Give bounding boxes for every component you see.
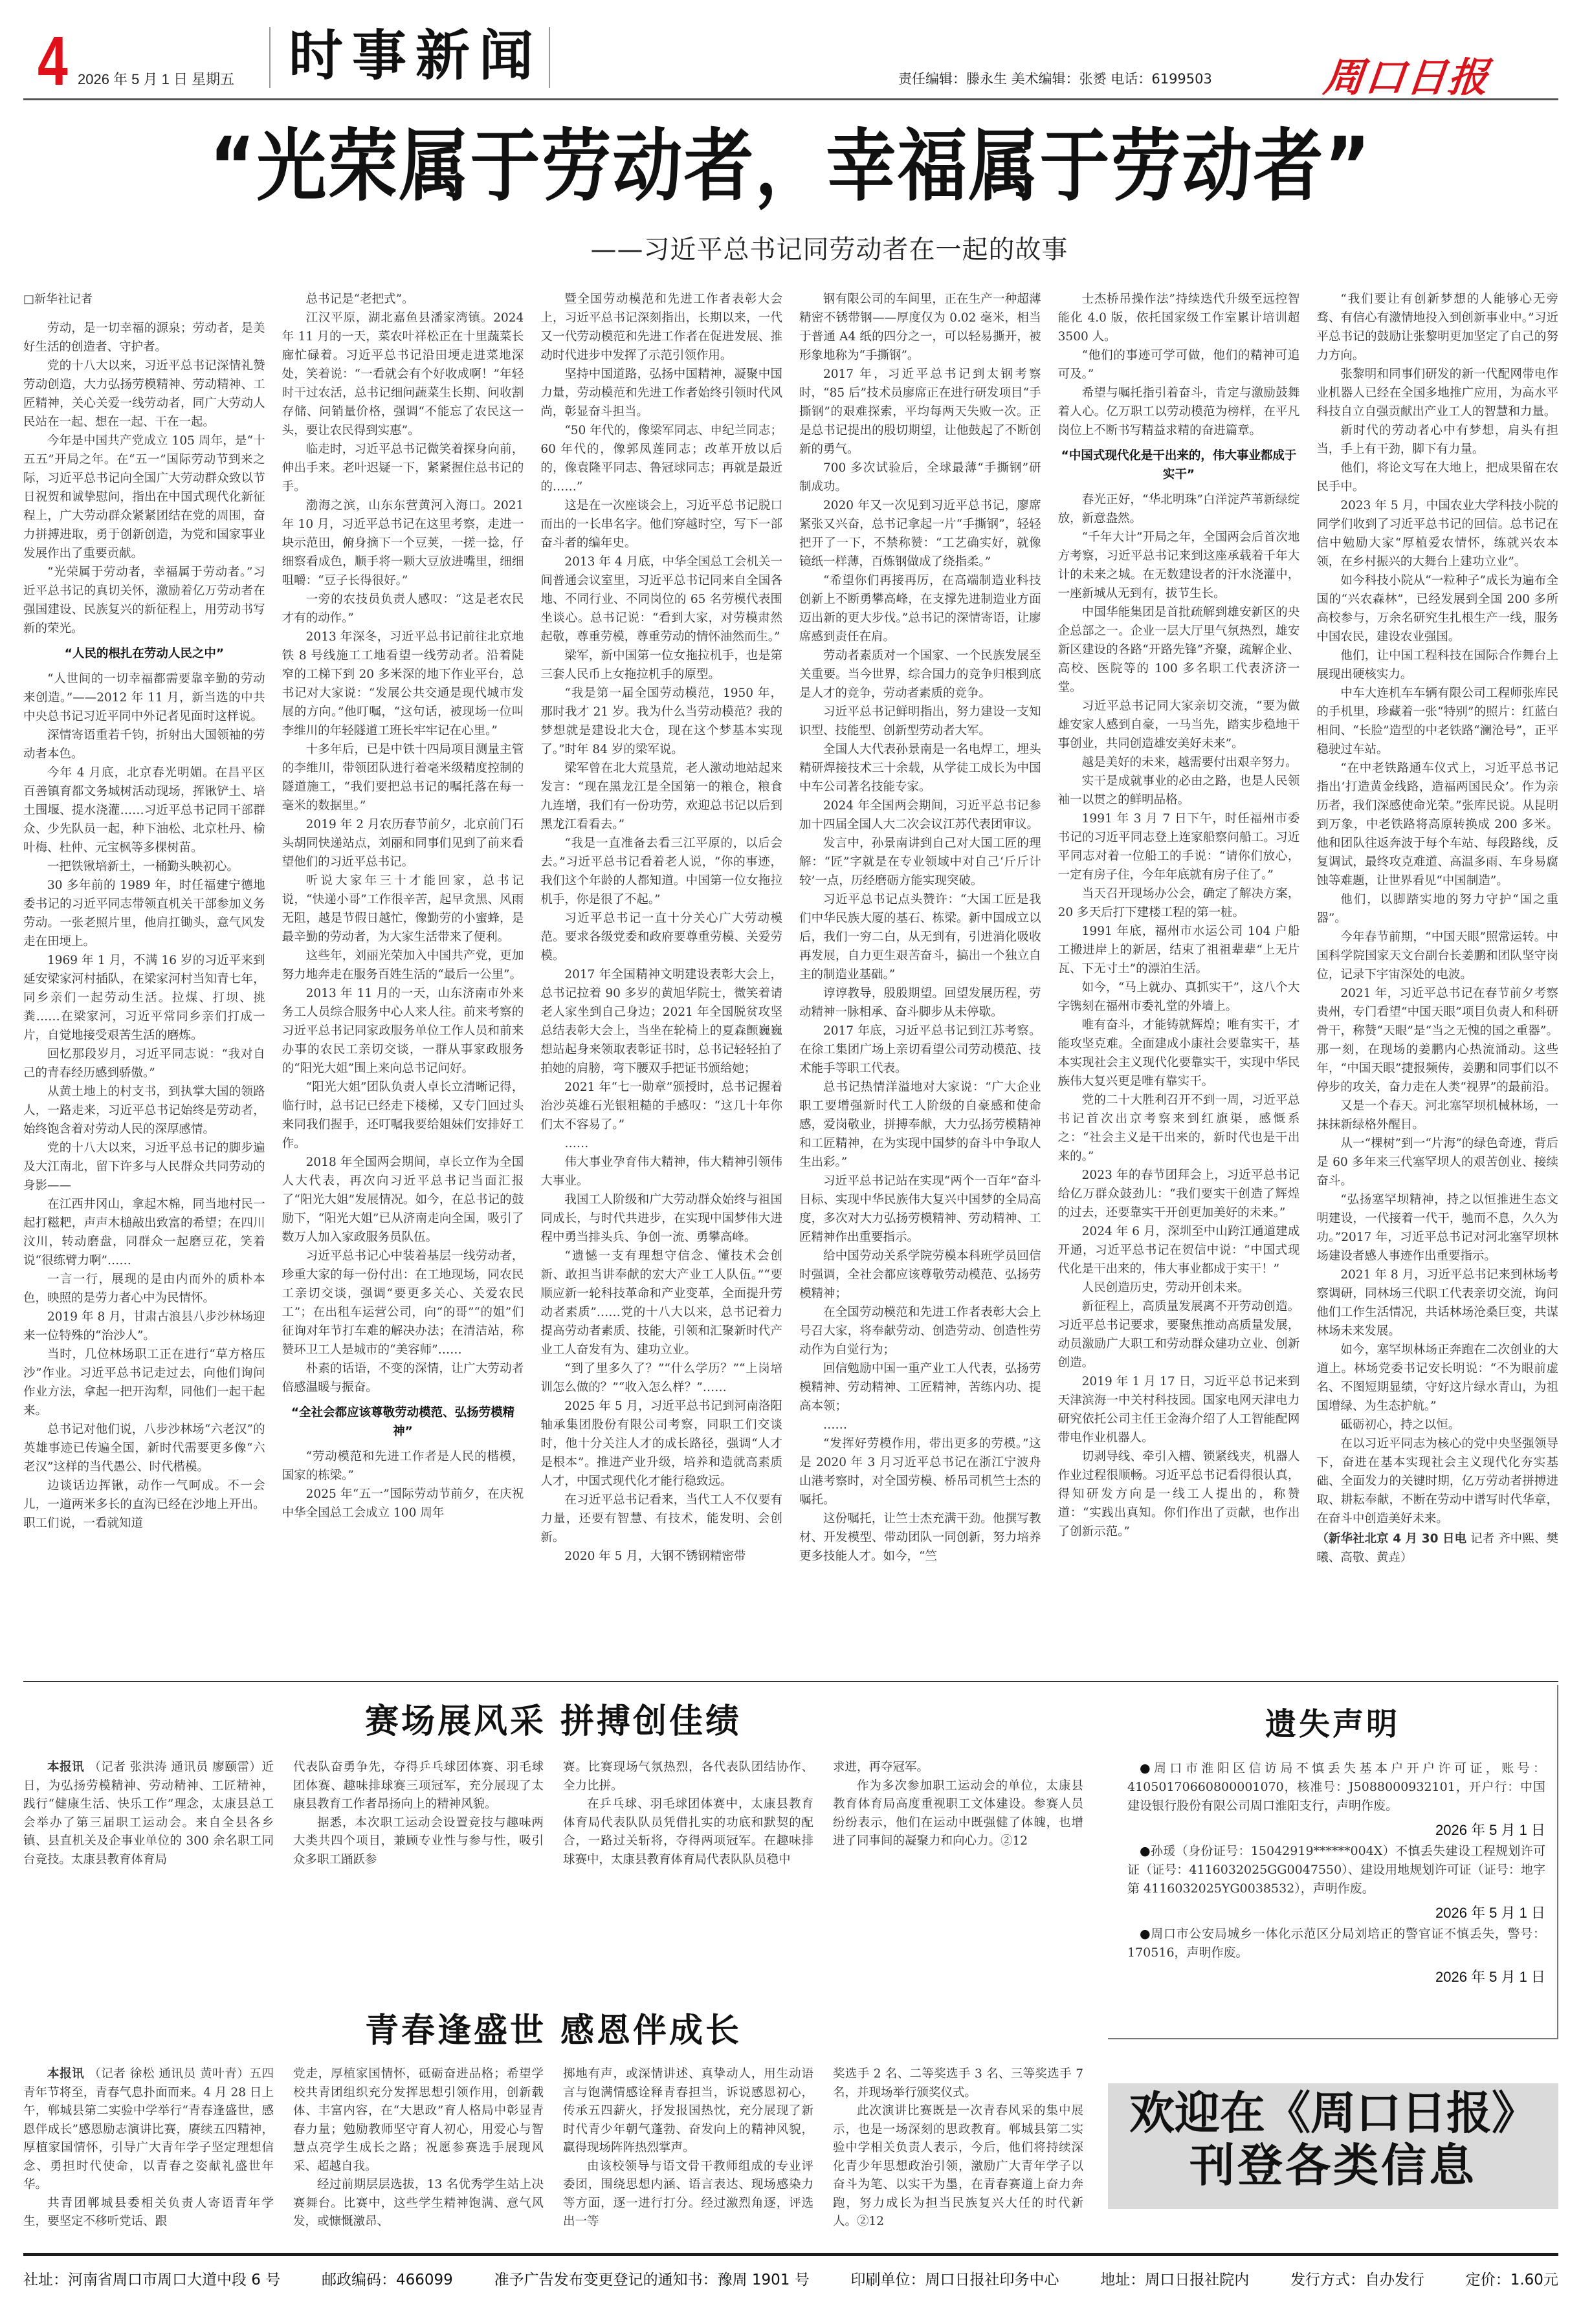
- paragraph: 他们，将论文写在大地上，把成果留在农民手中。: [1316, 459, 1558, 496]
- article-column: 士杰桥吊操作法”持续迭代升级至远控智能化 4.0 版，依托国家级工作室累计培训超…: [1058, 290, 1300, 1669]
- paper-logo: 周口日报: [1321, 45, 1492, 103]
- paragraph: “在中老铁路通车仪式上，习近平总书记指出‘打造黄金线路，造福两国民众’。作为亲历…: [1316, 759, 1558, 890]
- paragraph: 2018 年全国两会期间，卓长立作为全国人大代表，再次向习近平总书记当面汇报了“…: [282, 1153, 524, 1247]
- paragraph: 这是在一次座谈会上，习近平总书记脱口而出的一长串名字。他们穿越时空，写下一部奋斗…: [540, 496, 782, 553]
- paragraph: 砥砺初心，持之以恒。: [1316, 1416, 1558, 1434]
- paragraph: 总书记热情洋溢地对大家说：“广大企业职工要增强新时代工人阶级的自豪感和使命感，爱…: [799, 1078, 1041, 1172]
- paragraph: “50 年代的，像梁军同志、申纪兰同志；60 年代的，像郭凤莲同志；改革开放以后…: [540, 421, 782, 496]
- lead-tag: 本报讯: [47, 2067, 89, 2081]
- lost-notice-title: 遗失声明: [1108, 1699, 1557, 1744]
- paragraph: 2024 年 6 月，深圳至中山跨江通道建成开通，习近平总书记在贺信中说：“中国…: [1058, 1222, 1300, 1278]
- paragraph: 这些年，刘丽光荣加入中国共产党，更加努力地奔走在服务百姓生活的“最后一公里”。: [282, 947, 524, 984]
- paragraph: “我们要让有创新梦想的人能够心无旁骛、有信心有激情地投入到创新事业中。”习近平总…: [1316, 290, 1558, 365]
- paragraph: 如今，塞罕坝林场正奔跑在二次创业的大道上。林场党委书记安长明说：“不为眼前虚名、…: [1316, 1341, 1558, 1416]
- paragraph: 在以习近平同志为核心的党中央坚强领导下，奋进在基本实现社会主义现代化夯实基础、全…: [1316, 1434, 1558, 1528]
- paragraph: 由该校领导与语文骨干教师组成的专业评委团，围绕思想内涵、语言表达、现场感染力等方…: [563, 2158, 813, 2231]
- footer-printer-address: 地址：周口日报社院内: [1100, 2268, 1249, 2289]
- paragraph: 习近平总书记一直十分关心广大劳动模范。要求各级党委和政府要尊重劳模、关爱劳模。: [540, 909, 782, 965]
- paragraph: 听说大家年三十才能回家，总书记说，“快递小哥”工作很辛苦，起早贪黑、风雨无阻，越…: [282, 872, 524, 947]
- lead-tag: 本报讯: [47, 1760, 89, 1774]
- paragraph: 2023 年的春节团拜会上，习近平总书记给亿万群众鼓劲儿：“我们要实干创造了辉煌…: [1058, 1166, 1300, 1222]
- section-title: 时事新闻: [289, 23, 542, 89]
- paragraph: 2017 年，习近平总书记到太钢考察时，“85 后”技术员廖席正在进行研发项目“…: [799, 365, 1041, 459]
- paragraph: 全国人大代表孙景南是一名电焊工，埋头精研焊接技术三十余载，从学徒工成长为中国中车…: [799, 740, 1041, 796]
- paragraph: 2013 年 11 月的一天，山东济南市外来务工人员综合服务中心人来人往。前来考…: [282, 984, 524, 1078]
- lost-notice-date: 2026 年 5 月 1 日: [1127, 1966, 1545, 1986]
- lost-notice-box: 遗失声明 ●周口市淮阳区信访局不慎丢失基本户开户许可证，账号：410501706…: [1108, 1685, 1558, 2039]
- paragraph: 2020 年又一次见到习近平总书记，廖席紧张又兴奋，总书记拿起一片“手撕钢”，轻…: [799, 496, 1041, 571]
- paragraph: “他们的事迹可学可做，他们的精神可追可及。”: [1058, 346, 1300, 384]
- paragraph: 此次演讲比赛既是一次青春风采的集中展示，也是一场深刻的思政教育。郸城县第二实验中…: [833, 2102, 1083, 2231]
- paragraph: 今年春节前期，“中国天眼”照常运转。中国科学院国家天文台副台长姜鹏和团队坚守岗位…: [1316, 928, 1558, 984]
- section-subheading: “人民的根扎在劳动人民之中”: [23, 644, 265, 663]
- paragraph: 求进，再夺冠军。: [833, 1759, 1083, 1777]
- paragraph: 边谈话边挥锹，动作一气呵成。不一会儿，一道两米多长的直沟已经在沙地上开出。职工们…: [23, 1476, 265, 1533]
- paragraph: 新时代的劳动者心中有梦想，肩头有担当，手上有干劲，脚下有力量。: [1316, 421, 1558, 459]
- divider: [549, 27, 550, 88]
- paragraph: 今年是中国共产党成立 105 周年，是“十五五”开局之年。在“五一”国际劳动节到…: [23, 432, 265, 563]
- youth-article-body: 本报讯 （记者 徐松 通讯员 黄叶青）五四青年节将至，青春气息扑面而来。4 月 …: [23, 2065, 1083, 2231]
- paragraph: 一旁的农技员负责人感叹：“这是老农民才有的动作。”: [282, 590, 524, 628]
- paragraph: 习近平总书记鲜明指出，努力建设一支知识型、技能型、创新型劳动者大军。: [799, 703, 1041, 740]
- ad-line-2: 刊登各类信息: [1108, 2140, 1558, 2190]
- bullet-icon: ●: [1140, 1927, 1151, 1941]
- paragraph: 又是一个春天。河北塞罕坝机械林场，一抹抹新绿格外醒目。: [1316, 1097, 1558, 1134]
- paragraph: “劳动模范和先进工作者是人民的楷模，国家的栋梁。”: [282, 1447, 524, 1485]
- paragraph: ……: [799, 1416, 1041, 1434]
- footer-rule: [23, 2253, 1558, 2256]
- paragraph: 士杰桥吊操作法”持续迭代升级至远控智能化 4.0 版，依托国家级工作室累计培训超…: [1058, 290, 1300, 346]
- paragraph: 人民创造历史，劳动开创未来。: [1058, 1278, 1300, 1297]
- article-column: □新华社记者 劳动，是一切幸福的源泉；劳动者，是美好生活的创造者、守护者。党的十…: [23, 290, 265, 1669]
- paragraph: 临走时，习近平总书记微笑着探身向前，伸出手来。老叶迟疑一下，紧紧握住总书记的手。: [282, 440, 524, 496]
- paragraph: 2019 年 8 月，甘肃古浪县八步沙林场迎来一位特殊的“治沙人”。: [23, 1308, 265, 1345]
- paragraph: 朴素的话语，不变的深情，让广大劳动者倍感温暖与振奋。: [282, 1359, 524, 1397]
- paragraph: 当时，几位林场职工正在进行“草方格压沙”作业。习近平总书记走过去，向他们询问作业…: [23, 1345, 265, 1420]
- paragraph: 给中国劳动关系学院劳模本科班学员回信时强调，全社会都应该尊敬劳动模范、弘扬劳模精…: [799, 1247, 1041, 1303]
- issue-date: 2026 年 5 月 1 日 星期五: [78, 69, 234, 89]
- paragraph: 据悉，本次职工运动会设置竞技与趣味两大类共四个项目，兼顾专业性与参与性，吸引众多…: [293, 1814, 544, 1870]
- paragraph: 经过前期层层选拔，13 名优秀学生站上决赛舞台。比赛中，这些学生精神饱满、意气风…: [293, 2176, 544, 2231]
- paragraph: 习近平总书记同大家亲切交流，“要为做雄安家人感到自豪，一马当先，踏实步稳地干事创…: [1058, 697, 1300, 753]
- paragraph: 钢有限公司的车间里，正在生产一种超薄精密不锈带钢——厚度仅为 0.02 毫米，相…: [799, 290, 1041, 365]
- article-column: 求进，再夺冠军。作为多次参加职工运动会的单位，太康县教育体育局高度重视职工文体建…: [833, 1759, 1083, 1869]
- paragraph: “发挥好劳模作用，带出更多的劳模。”这是 2020 年 3 月习近平总书记在浙江…: [799, 1434, 1041, 1509]
- article-column: 赛。比赛现场气氛热烈，各代表队团结协作、全力比拼。在乒乓球、羽毛球团体赛中，太康…: [563, 1759, 813, 1869]
- section-subheading: “中国式现代化是干出来的，伟大事业都成于实干”: [1058, 446, 1300, 484]
- main-headline: “光荣属于劳动者，幸福属于劳动者”: [0, 122, 1581, 212]
- lost-notice-item: ●周口市公安局城乡一体化示范区分局刘培正的警官证不慎丢失，警号：170516，声…: [1127, 1925, 1545, 1962]
- article-column: 奖选手 2 名、二等奖选手 3 名、三等奖选手 7 名，并现场举行颁奖仪式。此次…: [833, 2065, 1083, 2231]
- paragraph: 在乒乓球、羽毛球团体赛中，太康县教育体育局代表队队员凭借扎实的功底和默契的配合，…: [563, 1795, 813, 1869]
- paragraph: 习近平总书记站在实现“两个一百年”奋斗目标、实现中华民族伟大复兴中国梦的全局高度…: [799, 1172, 1041, 1247]
- paragraph: 奖选手 2 名、二等奖选手 3 名、三等奖选手 7 名，并现场举行颁奖仪式。: [833, 2065, 1083, 2102]
- paragraph: 新征程上，高质量发展离不开劳动创造。习近平总书记要求，要聚焦推动高质量发展，动员…: [1058, 1297, 1300, 1372]
- paragraph: 从一“棵树”到一“片海”的绿色奇迹，背后是 60 多年来三代塞罕坝人的艰苦创业、…: [1316, 1134, 1558, 1190]
- paragraph: 党的十八大以来，习近平总书记的脚步遍及大江南北，留下许多与人民群众共同劳动的身影…: [23, 1139, 265, 1195]
- paragraph: “我是第一届全国劳动模范，1950 年，那时我才 21 岁。我为什么当劳动模范？…: [540, 684, 782, 759]
- paragraph: 希望与嘱托指引着奋斗，肯定与激励鼓舞着人心。亿万职工以劳动模范为榜样，在平凡岗位…: [1058, 384, 1300, 440]
- lost-notice-date: 2026 年 5 月 1 日: [1127, 1819, 1545, 1839]
- paragraph: 2013 年深冬，习近平总书记前往北京地铁 8 号线施工工地看望一线劳动者。沿着…: [282, 628, 524, 740]
- paragraph: 如今科技小院从“一粒种子”成长为遍布全国的“兴农森林”，已经发展到全国 200 …: [1316, 571, 1558, 646]
- paragraph: 习近平总书记心中装着基层一线劳动者，珍重大家的每一份付出：在工地现场，同农民工亲…: [282, 1247, 524, 1359]
- paragraph: 唯有奋斗，才能铸就辉煌；唯有实干，才能攻坚克难。全面建成小康社会要靠实干，基本实…: [1058, 1016, 1300, 1091]
- paragraph: 切剥导线、牵引入槽、锁紧线夹，机器人作业过程很顺畅。习近平总书记看得很认真，得知…: [1058, 1447, 1300, 1541]
- footer-distribution: 发行方式：自办发行: [1290, 2268, 1424, 2289]
- dateline: （新华社北京 4 月 30 日电 记者 齐中熙、樊曦、高敬、黄垚）: [1316, 1529, 1558, 1567]
- paragraph: 当天召开现场办公会，确定了解决方案，20 多天后打下建楼工程的第一桩。: [1058, 884, 1300, 922]
- paragraph: 作为多次参加职工运动会的单位，太康县教育体育局高度重视职工文体建设。参赛人员纷纷…: [833, 1777, 1083, 1851]
- paragraph: “阳光大姐”团队负责人卓长立清晰记得，临行时，总书记已经走下楼梯，又专门回过头来…: [282, 1078, 524, 1153]
- bullet-icon: ●: [1140, 1844, 1151, 1858]
- paragraph: 十多年后，已是中铁十四局项目测量主管的李维川，带领团队进行着毫米级精度控制的隧道…: [282, 740, 524, 815]
- masthead: 4 2026 年 5 月 1 日 星期五 时事新闻 责任编辑：滕永生 美术编辑：…: [23, 0, 1558, 100]
- paragraph: 2024 年全国两会期间，习近平总书记参加十四届全国人大二次会议江苏代表团审议。: [799, 796, 1041, 834]
- paragraph: “弘扬塞罕坝精神，持之以恒推进生态文明建设，一代接着一代干，驰而不息，久久为功。…: [1316, 1190, 1558, 1266]
- paragraph: 2017 年全国精神文明建设表彰大会上，总书记拉着 90 多岁的黄旭华院士，微笑…: [540, 965, 782, 1078]
- paragraph: 2019 年 1 月 17 日，习近平总书记来到天津滨海一中关村科技园。国家电网…: [1058, 1372, 1300, 1447]
- sports-article-body: 本报讯 （记者 张洪涛 通讯员 廖颐雷）近日，为弘扬劳模精神、劳动精神、工匠精神…: [23, 1759, 1083, 1869]
- paragraph: 2013 年 4 月底，中华全国总工会机关一间普通会议室里，习近平总书记同来自全…: [540, 553, 782, 646]
- paragraph: 如今，“马上就办、真抓实干”，这八个大字镌刻在福州市委礼堂的外墙上。: [1058, 978, 1300, 1016]
- paragraph: 1991 年 3 月 7 日下午，时任福州市委书记的习近平同志登上连家船察问船工…: [1058, 809, 1300, 884]
- editors-credit: 责任编辑：滕永生 美术编辑：张赟 电话：6199503: [898, 69, 1212, 88]
- main-article-body: □新华社记者 劳动，是一切幸福的源泉；劳动者，是美好生活的创造者、守护者。党的十…: [23, 290, 1558, 1669]
- paragraph: ……: [540, 1134, 782, 1153]
- paragraph: 在江西井冈山，拿起木棉，同当地村民一起打糍粑，声声木槌敲出致富的希望；在四川汶川…: [23, 1195, 265, 1270]
- paragraph: 700 多次试验后，全球最薄“手撕钢”研制成功。: [799, 459, 1041, 496]
- paragraph: 回忆那段岁月，习近平同志说：“我对自己的青春经历感到骄傲。”: [23, 1045, 265, 1082]
- main-subheadline: ——习近平总书记同劳动者在一起的故事: [0, 229, 1581, 266]
- footer-address: 社址：河南省周口市周口大道中段 6 号: [23, 2268, 280, 2289]
- paragraph: 他们，让中国工程科技在国际合作舞台上展现出硬核实力。: [1316, 646, 1558, 684]
- paragraph: 代表队奋勇争先，夺得乒乓球团体赛、羽毛球团体赛、趣味排球赛三项冠军，充分展现了太…: [293, 1759, 544, 1814]
- paragraph: 今年 4 月底，北京春光明媚。在昌平区百善镇育都文务城树活动现场，挥锹铲土、培土…: [23, 763, 265, 857]
- divider: [269, 27, 271, 88]
- paragraph: “遗憾一支有理想守信念、懂技术会创新、敢担当讲奉献的宏大产业工人队伍。”“要顺应…: [540, 1247, 782, 1359]
- paragraph: 春光正好，“华北明珠”白洋淀芦苇新绿绽放，新意盎然。: [1058, 490, 1300, 528]
- paragraph: 深情寄语重若千钧，折射出大国领袖的劳动者本色。: [23, 726, 265, 763]
- paragraph: 30 多年前的 1989 年，时任福建宁德地委书记的习近平同志带领直机关干部参加…: [23, 876, 265, 951]
- page-number: 4: [38, 26, 68, 96]
- paragraph: 在习近平总书记看来，当代工人不仅要有力量，还要有智慧、有技术，能发明、会创新。: [540, 1491, 782, 1547]
- paragraph: 从黄土地上的村支书，到执掌大国的领路人，一路走来，习近平总书记始终是劳动者，始终…: [23, 1082, 265, 1139]
- paragraph: 2021 年，习近平总书记在春节前夕考察贵州，专门看望“中国天眼”项目负责人和科…: [1316, 984, 1558, 1097]
- paragraph: “人世间的一切幸福都需要靠辛勤的劳动来创造。”——2012 年 11 月，新当选…: [23, 670, 265, 726]
- article-column: “我们要让有创新梦想的人能够心无旁骛、有信心有激情地投入到创新事业中。”习近平总…: [1316, 290, 1558, 1669]
- bullet-icon: ●: [1140, 1761, 1154, 1775]
- paragraph: 梁军曾在北大荒垦荒，老人激动地站起来发言：“现在黑龙江是全国第一的粮仓，粮食九连…: [540, 759, 782, 834]
- byline: □新华社记者: [23, 290, 265, 309]
- paragraph: “千年大计”开局之年，全国两会后首次地方考察，习近平总书记来到这座承载着千年大计…: [1058, 528, 1300, 603]
- paragraph: 回信勉励中国一重产业工人代表，弘扬劳模精神、劳动精神、工匠精神，苦练内功、提高本…: [799, 1359, 1041, 1416]
- paragraph: 1969 年 1 月，不满 16 岁的习近平来到延安梁家河村插队，在梁家河村当知…: [23, 951, 265, 1045]
- paragraph: “光荣属于劳动者，幸福属于劳动者。”习近平总书记的真切关怀，激励着亿万劳动者在强…: [23, 563, 265, 638]
- footer-ad-license: 准予广告发布变更登记的通知书：豫周 1901 号: [494, 2268, 810, 2289]
- section-subheading: “全社会都应该尊敬劳动模范、弘扬劳模精神”: [282, 1403, 524, 1441]
- paragraph: 中车大连机车车辆有限公司工程师张库民的手机里，珍藏着一张“特别”的照片：红蓝白相…: [1316, 684, 1558, 759]
- paragraph: 暨全国劳动模范和先进工作者表彰大会上，习近平总书记深刻指出，长期以来，一代又一代…: [540, 290, 782, 365]
- paragraph: 他们，以脚踏实地的努力守护“国之重器”。: [1316, 890, 1558, 928]
- lost-notice-item: ●周口市淮阳区信访局不慎丢失基本户开户许可证，账号：41050170660800…: [1127, 1759, 1545, 1815]
- paragraph: 2020 年 5 月，大钢不锈钢精密带: [540, 1547, 782, 1566]
- section-rule: [23, 1681, 1558, 1682]
- ad-line-1: 欢迎在《周口日报》: [1108, 2086, 1558, 2140]
- paragraph: 2025 年“五一”国际劳动节前夕，在庆祝中华全国总工会成立 100 周年: [282, 1485, 524, 1522]
- paragraph: 党走，厚植家国情怀，砥砺奋进品格；希望学校共青团组织充分发挥思想引领作用，创新载…: [293, 2065, 544, 2176]
- footer-printer: 印刷单位：周口日报社印务中心: [850, 2268, 1059, 2289]
- paragraph: 本报讯 （记者 徐松 通讯员 黄叶青）五四青年节将至，青春气息扑面而来。4 月 …: [23, 2065, 274, 2195]
- article-column: 本报讯 （记者 徐松 通讯员 黄叶青）五四青年节将至，青春气息扑面而来。4 月 …: [23, 2065, 274, 2231]
- lost-notice-item: ●孙瑗（身份证号：15042919******004X）不慎丢失建设工程规划许可…: [1127, 1842, 1545, 1898]
- paragraph: 党的二十大胜利召开不到一周，习近平总书记首次出京考察来到红旗渠，感慨系之：“社会…: [1058, 1091, 1300, 1166]
- paragraph: 2019 年 2 月农历春节前夕，北京前门石头胡同快递站点，刘丽和同事们见到了前…: [282, 815, 524, 872]
- paragraph: 习近平总书记点头赞许：“大国工匠是我们中华民族大厦的基石、栋梁。新中国成立以后，…: [799, 890, 1041, 984]
- paragraph: 伟大事业孕育伟大精神，伟大精神引领伟大事业。: [540, 1153, 782, 1190]
- paragraph: “到了里多久了？”“什么学历？”“上岗培训怎么做的？”“收入怎么样？”……: [540, 1359, 782, 1397]
- paragraph: 梁军，新中国第一位女拖拉机手，也是第三套人民币上女拖拉机手的原型。: [540, 646, 782, 684]
- masthead-rule: [23, 98, 1558, 100]
- article-column: 钢有限公司的车间里，正在生产一种超薄精密不锈带钢——厚度仅为 0.02 毫米，相…: [799, 290, 1041, 1669]
- paragraph: 张黎明和同事们研发的新一代配网带电作业机器人已经在全国多地推广应用，为高水平科技…: [1316, 365, 1558, 421]
- paragraph: 渤海之滨，山东东营黄河入海口。2021 年 10 月，习近平总书记在这里考察，走…: [282, 496, 524, 590]
- paragraph: 2023 年 5 月，中国农业大学科技小院的同学们收到了习近平总书记的回信。总书…: [1316, 496, 1558, 571]
- article-column: 代表队奋勇争先，夺得乒乓球团体赛、羽毛球团体赛、趣味排球赛三项冠军，充分展现了太…: [293, 1759, 544, 1869]
- paragraph: 劳动者素质对一个国家、一个民族发展至关重要。当今世界，综合国力的竞争归根到底是人…: [799, 646, 1041, 703]
- footer-price: 定价：1.60元: [1466, 2268, 1558, 2289]
- advertisement-box: 欢迎在《周口日报》 刊登各类信息: [1108, 2083, 1558, 2209]
- paragraph: 本报讯 （记者 张洪涛 通讯员 廖颐雷）近日，为弘扬劳模精神、劳动精神、工匠精神…: [23, 1759, 274, 1869]
- youth-article-headline: 青春逢盛世 感恩伴成长: [23, 2003, 1083, 2052]
- paragraph: 坚持中国道路，弘扬中国精神，凝聚中国力量，劳动模范和先进工作者始终引领时代风尚，…: [540, 365, 782, 421]
- article-column: 总书记是“老把式”。江汉平原，湖北嘉鱼县潘家湾镇。2024 年 11 月的一天，…: [282, 290, 524, 1669]
- paragraph: “希望你们再接再厉，在高端制造业科技创新上不断勇攀高峰，在支撑先进制造业方面迈出…: [799, 571, 1041, 646]
- paragraph: 中国华能集团是首批疏解到雄安新区的央企总部之一。企业一层大厅里气氛热烈，雄安新区…: [1058, 603, 1300, 697]
- paragraph: 在全国劳动模范和先进工作者表彰大会上号召大家，将奉献劳动、创造劳动、创造性劳动作…: [799, 1303, 1041, 1359]
- paragraph: “我是一直准备去看三江平原的，以后会去。”习近平总书记看着老人说，“你的事迹，我…: [540, 834, 782, 909]
- paragraph: 1991 年底，福州市水运公司 104 户船工搬进岸上的新居，结束了祖祖辈辈“上…: [1058, 922, 1300, 978]
- paragraph: 实干是成就事业的必由之路，也是人民领袖一以贯之的鲜明品格。: [1058, 772, 1300, 809]
- paragraph: 2021 年“七一勋章”颁授时，总书记握着治沙英雄石光银粗糙的手感叹：“这几十年…: [540, 1078, 782, 1134]
- paragraph: 这份嘱托，让竺士杰充满干劲。他撰写教材、开发模型、带动团队一同创新，努力培养更多…: [799, 1509, 1041, 1566]
- paragraph: 党的十八大以来，习近平总书记深情礼赞劳动创造，大力弘扬劳模精神、劳动精神、工匠精…: [23, 356, 265, 432]
- article-column: 掷地有声，或深情讲述、真挚动人，用生动语言与饱满情感诠释青春担当，诉说感恩初心，…: [563, 2065, 813, 2231]
- paragraph: 掷地有声，或深情讲述、真挚动人，用生动语言与饱满情感诠释青春担当，诉说感恩初心，…: [563, 2065, 813, 2158]
- paragraph: 发言中，孙景南讲到自己对大国工匠的理解：“匠”字就是在专业领域中对自己‘斤斤计较…: [799, 834, 1041, 890]
- paragraph: 一把铁锹培新土，一桶勤头映初心。: [23, 857, 265, 876]
- dateline-source: （新华社北京 4 月 30 日电: [1316, 1532, 1466, 1546]
- article-column: 本报讯 （记者 张洪涛 通讯员 廖颐雷）近日，为弘扬劳模精神、劳动精神、工匠精神…: [23, 1759, 274, 1869]
- article-column: 暨全国劳动模范和先进工作者表彰大会上，习近平总书记深刻指出，长期以来，一代又一代…: [540, 290, 782, 1669]
- paragraph: 总书记对他们说，八步沙林场“六老汉”的英雄事迹已传遍全国，新时代需要更多像“六老…: [23, 1420, 265, 1476]
- paragraph: 赛。比赛现场气氛热烈，各代表队团结协作、全力比拼。: [563, 1759, 813, 1795]
- paragraph: 我国工人阶级和广大劳动群众始终与祖国同成长，与时代共进步，在实现中国梦伟大进程中…: [540, 1190, 782, 1247]
- paragraph: 共青团郸城县委相关负责人寄语青年学生，要坚定不移听党话、跟: [23, 2195, 274, 2231]
- paragraph: 劳动，是一切幸福的源泉；劳动者，是美好生活的创造者、守护者。: [23, 319, 265, 356]
- sports-article-headline: 赛场展风采 拼搏创佳绩: [23, 1694, 1083, 1742]
- footer-imprint: 社址：河南省周口市周口大道中段 6 号 邮政编码：466099 准予广告发布变更…: [23, 2268, 1558, 2289]
- lost-notice-date: 2026 年 5 月 1 日: [1127, 1902, 1545, 1922]
- paragraph: 江汉平原，湖北嘉鱼县潘家湾镇。2024 年 11 月的一天，菜农叶祥松正在十里蔬…: [282, 309, 524, 440]
- paragraph: 总书记是“老把式”。: [282, 290, 524, 309]
- paragraph: 越是美好的未来，越需要付出艰辛努力。: [1058, 753, 1300, 772]
- paragraph: 2025 年 5 月，习近平总书记到河南洛阳轴承集团股份有限公司考察，同职工们交…: [540, 1397, 782, 1491]
- paragraph: 谆谆教导，殷殷期望。回望发展历程，劳动精神一脉相承、奋斗脚步从未停歇。: [799, 984, 1041, 1022]
- paragraph: 一言一行，展现的是由内而外的质朴本色，映照的是劳力者心中为民情怀。: [23, 1270, 265, 1308]
- lost-notice-list: ●周口市淮阳区信访局不慎丢失基本户开户许可证，账号：41050170660800…: [1108, 1744, 1557, 1986]
- paragraph: 2021 年 8 月，习近平总书记来到林场考察调研，同林场三代职工代表亲切交流，…: [1316, 1266, 1558, 1341]
- footer-postcode: 邮政编码：466099: [322, 2268, 453, 2289]
- article-column: 党走，厚植家国情怀，砥砺奋进品格；希望学校共青团组织充分发挥思想引领作用，创新载…: [293, 2065, 544, 2231]
- paragraph: 2017 年底，习近平总书记到江苏考察。在徐工集团广场上亲切看望公司劳动模范、技…: [799, 1022, 1041, 1078]
